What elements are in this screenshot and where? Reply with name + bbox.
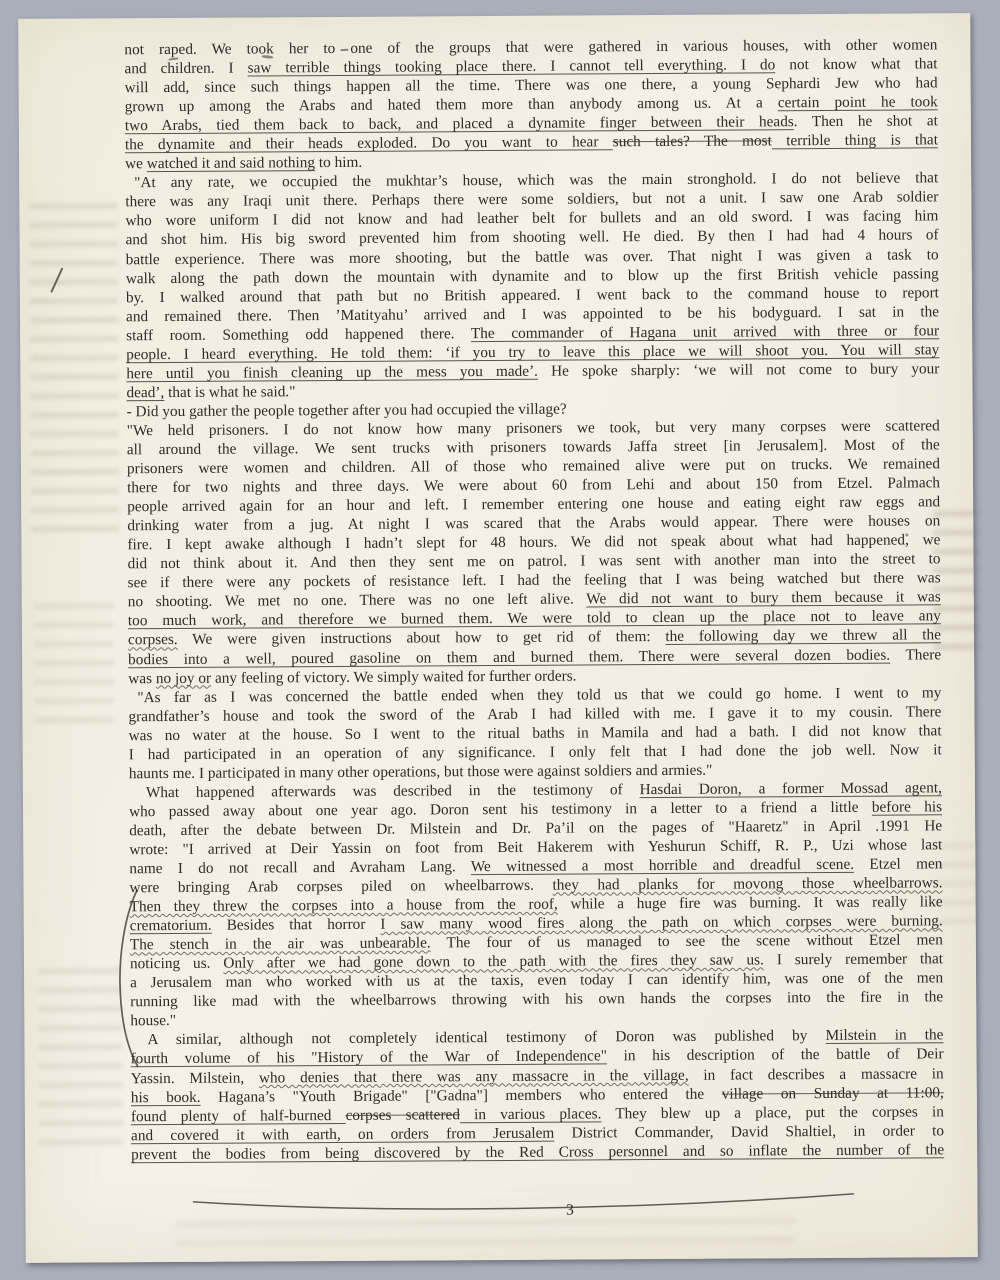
text-run: were bringing Arab corpses piled on whee… xyxy=(129,877,552,897)
pen-underlined-text: the dynamite and their heads exploded. D… xyxy=(125,134,613,154)
text-run: and children. I xyxy=(124,60,247,78)
paragraph: not raped. We took her to one of the gro… xyxy=(124,35,938,173)
pen-underlined-text: We witnessed a most horrible and dreadfu… xyxy=(471,856,854,875)
text-run: that is what he said." xyxy=(164,383,295,401)
text-run: Etzel men xyxy=(854,855,942,873)
pen-wavy-underlined-text: The stench in the air was unbearable. xyxy=(130,935,431,954)
text-run: while a huge fire was burning. It was re… xyxy=(558,893,943,912)
text-run: no shooting. We met no one. There was no… xyxy=(128,591,587,611)
paragraph: "As far as I was concerned the battle en… xyxy=(128,683,942,783)
text-run: He spoke sharply: ‘we will not come to b… xyxy=(538,360,939,379)
pen-underlined-text: here until you finish cleaning up the me… xyxy=(126,363,538,383)
pen-struck-text: village on Sunday at 11:00, xyxy=(722,1084,944,1102)
pen-wavy-underlined-text: Only after we had gone down to the path … xyxy=(223,952,764,972)
pen-underlined-text: We did not want to bury them because it … xyxy=(586,589,941,608)
text-run: I had participated in an operation of an… xyxy=(129,741,942,763)
pen-underlined-text: dead’, xyxy=(126,384,164,401)
bleedthrough-smudge xyxy=(176,1218,796,1250)
pen-wavy-underlined-text: they had planks for movong those wheelba… xyxy=(552,874,942,893)
pen-underlined-text: and covered it with earth, on orders fro… xyxy=(131,1124,554,1144)
pen-underlined-text: in various places. xyxy=(460,1105,602,1123)
text-run: District Commander, David Shaltiel, in o… xyxy=(554,1122,944,1141)
paragraph: A similar, although not completely ident… xyxy=(130,1026,944,1164)
scanner-background: { "page": { "background_color": "#a9aeb9… xyxy=(0,0,1000,1280)
paragraph: What happened afterwards was described i… xyxy=(129,778,943,1031)
text-run: We were given instructions about how to … xyxy=(178,628,666,648)
text-run: not know what that xyxy=(775,55,937,73)
text-run: Besides that horror xyxy=(212,916,381,934)
text-run: Hagana’s "Youth Brigade" ["Gadna"] membe… xyxy=(201,1085,722,1105)
text-run: to him. xyxy=(315,154,362,171)
pen-wavy-underlined-text: corpses. xyxy=(128,631,178,648)
text-run: any feeling of victory. We simply waited… xyxy=(211,667,576,686)
pen-underlined-text: fourth volume of his "History of the War… xyxy=(131,1048,608,1068)
text-run: was xyxy=(128,670,156,687)
pen-underlined-text: the following day we threw all the xyxy=(665,627,941,646)
pen-underlined-text: Hasdai Doron, a former Mossad agent, xyxy=(639,779,941,798)
pen-underlined-text: The commander of Hagana unit arrived wit… xyxy=(471,322,939,342)
text-run: What happened afterwards was described i… xyxy=(146,781,640,801)
bleedthrough-smudge xyxy=(34,603,115,733)
pen-underlined-text: certain point he took xyxy=(778,93,938,111)
text-run: The four of us managed to see the scene … xyxy=(431,931,943,951)
document-body: not raped. We took her to one of the gro… xyxy=(124,35,944,1164)
text-run: . Then he shot at xyxy=(794,112,938,130)
pen-struck-text: such tales? The most xyxy=(613,133,772,151)
pen-underlined-text: crematorium. xyxy=(130,917,212,935)
pen-underlined-text: prevent the bodies from being discovered… xyxy=(131,1141,944,1163)
text-line: prevent the bodies from being discovered… xyxy=(131,1140,944,1164)
pen-underlined-text: Milstein in the xyxy=(826,1027,944,1045)
text-run: Yassin. Milstein, xyxy=(131,1069,259,1087)
pen-underlined-text: bodies into a well, poured gasoline on t… xyxy=(128,646,890,668)
page-number: 3 xyxy=(131,1199,944,1222)
pen-wavy-underlined-text: no joy or xyxy=(156,669,211,686)
text-run: in fact describes a massacre in xyxy=(689,1065,944,1084)
pen-underlined-text: found plenty of half-burned xyxy=(131,1107,346,1125)
text-run: noticing us. xyxy=(130,955,223,973)
pen-underlined-text: watched it and said nothing xyxy=(147,154,315,172)
paragraph: "At any rate, we occupied the mukhtar’s … xyxy=(125,169,939,403)
text-run: in his description of the battle of Deir xyxy=(607,1046,944,1065)
pen-underlined-text: saw terrible things tooking place there.… xyxy=(248,56,776,76)
text-run: I surely remember that xyxy=(764,951,943,969)
text-run: haunts me. I participated in many other … xyxy=(129,761,713,782)
pen-underlined-text: before his xyxy=(872,798,942,815)
text-run: we xyxy=(125,155,147,172)
text-run: house." xyxy=(130,1012,176,1029)
bleedthrough-smudge xyxy=(38,968,123,1154)
text-run: staff room. Something odd happened there… xyxy=(126,325,471,344)
pen-wavy-underlined-text: who denies that there was any massacre i… xyxy=(259,1066,689,1086)
pen-wavy-underlined-text: I saw many wood fires along the path on … xyxy=(380,912,942,932)
text-run: - Did you gather the people together aft… xyxy=(127,400,567,420)
pen-struck-text: corpses scattered xyxy=(346,1106,460,1124)
paragraph: "We held prisoners. I do not know how ma… xyxy=(127,416,942,688)
scanned-page: not raped. We took her to one of the gro… xyxy=(18,13,978,1263)
text-run: They blew up a place, put the corpses in xyxy=(601,1103,944,1122)
bleedthrough-smudge xyxy=(29,203,119,539)
pen-wavy-underlined-text: Then they threw the corpses into a house… xyxy=(130,896,558,916)
text-run: There xyxy=(890,646,941,663)
text-run: name I do not recall and Avraham Lang. xyxy=(129,858,471,877)
pen-underlined-text: his book. xyxy=(131,1088,201,1105)
pen-underlined-text: terrible thing is that xyxy=(772,132,938,150)
